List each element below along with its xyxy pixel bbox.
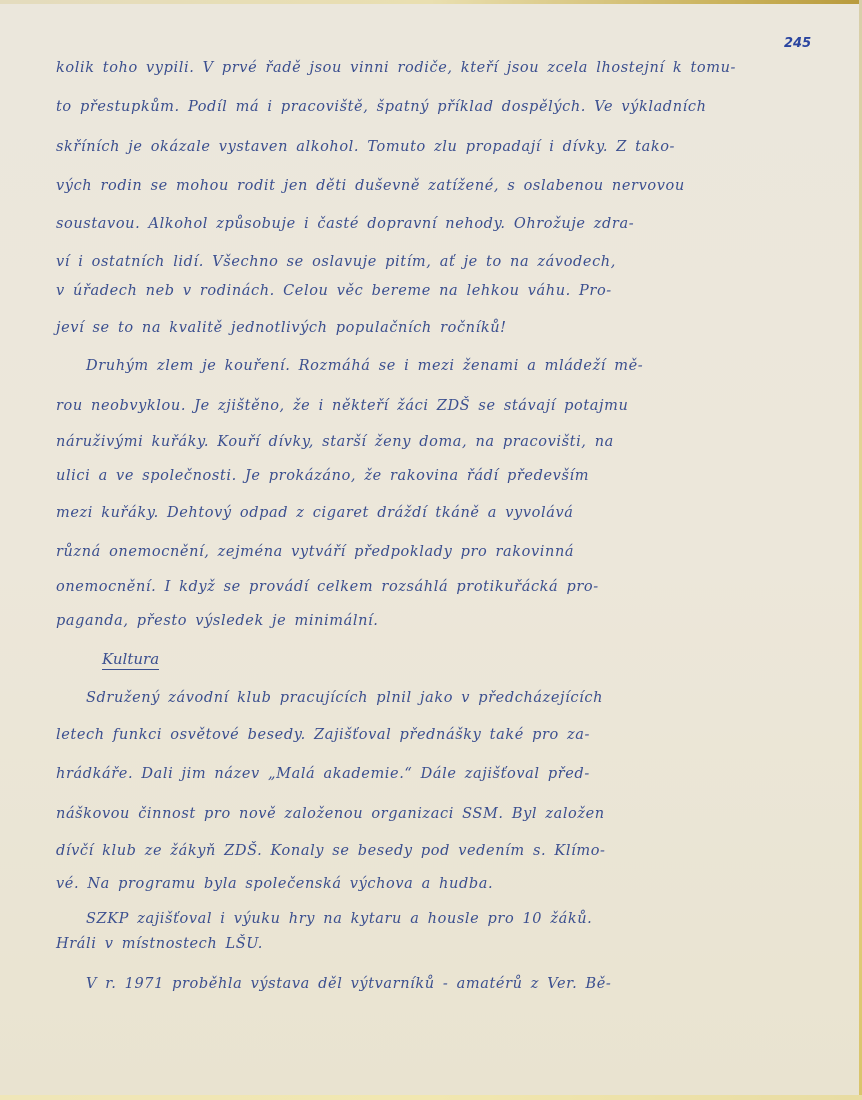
text-line: vé. Na programu byla společenská výchova… bbox=[56, 876, 493, 892]
text-line: ví i ostatních lidí. Všechno se oslavuje… bbox=[56, 254, 616, 270]
text-line: různá onemocnění, zejména vytváří předpo… bbox=[56, 544, 574, 560]
page-top-edge bbox=[0, 0, 862, 4]
text-line: jeví se to na kvalitě jednotlivých popul… bbox=[56, 320, 507, 336]
text-line: to přestupkům. Podíl má i pracoviště, šp… bbox=[56, 99, 707, 115]
page-number: 245 bbox=[784, 36, 811, 51]
section-heading: Kultura bbox=[102, 650, 159, 670]
text-line: kolik toho vypili. V prvé řadě jsou vinn… bbox=[56, 60, 736, 76]
page-bottom-edge bbox=[0, 1095, 862, 1100]
text-line: náruživými kuřáky. Kouří dívky, starší ž… bbox=[56, 434, 614, 450]
text-line: letech funkci osvětové besedy. Zajišťova… bbox=[56, 727, 590, 743]
text-line: mezi kuřáky. Dehtový odpad z cigaret drá… bbox=[56, 505, 573, 521]
text-line: onemocnění. I když se provádí celkem roz… bbox=[56, 579, 599, 595]
text-line: Druhým zlem je kouření. Rozmáhá se i mez… bbox=[86, 358, 643, 374]
text-line: v úřadech neb v rodinách. Celou věc bere… bbox=[56, 283, 612, 299]
text-line: V r. 1971 proběhla výstava děl výtvarník… bbox=[86, 976, 611, 992]
text-line: SZKP zajišťoval i výuku hry na kytaru a … bbox=[86, 911, 592, 927]
text-line: soustavou. Alkohol způsobuje i časté dop… bbox=[56, 216, 634, 232]
text-line: náškovou činnost pro nově založenou orga… bbox=[56, 806, 605, 822]
text-line: paganda, přesto výsledek je minimální. bbox=[56, 613, 379, 629]
text-line: Sdružený závodní klub pracujících plnil … bbox=[86, 690, 603, 706]
text-line: rou neobvyklou. Je zjištěno, že i někteř… bbox=[56, 398, 628, 414]
text-line: vých rodin se mohou rodit jen děti dušev… bbox=[56, 178, 685, 194]
text-line: hrádkáře. Dali jim název „Malá akademie.… bbox=[56, 766, 590, 782]
text-line: dívčí klub ze žákyň ZDŠ. Konaly se besed… bbox=[56, 843, 606, 859]
text-line: ulici a ve společnosti. Je prokázáno, že… bbox=[56, 468, 589, 484]
text-line: Hráli v místnostech LŠU. bbox=[56, 936, 263, 952]
manuscript-page: 245 kolik toho vypili. V prvé řadě jsou … bbox=[0, 0, 862, 1100]
text-line: skříních je okázale vystaven alkohol. To… bbox=[56, 139, 675, 155]
